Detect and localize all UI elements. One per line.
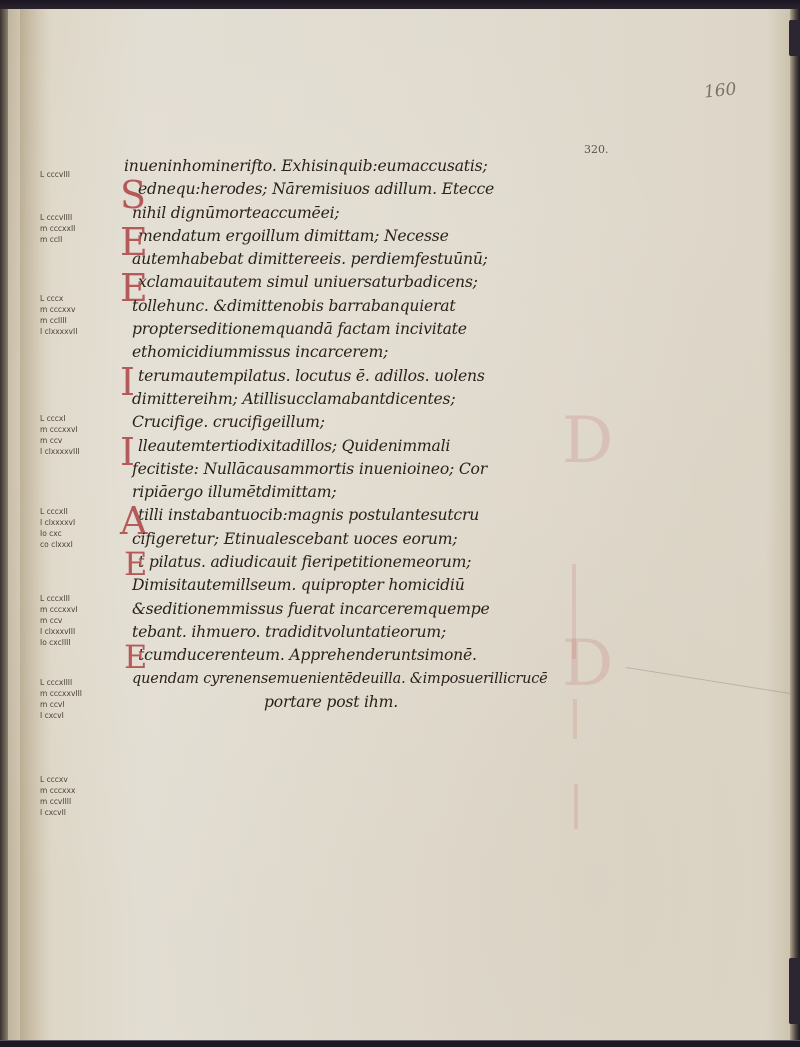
showthrough-stroke: [574, 784, 578, 829]
text-line: inueninhominerifto. Exhisinquib:eumaccus…: [124, 155, 604, 178]
text-line: Illeautemtertiodixitadillos; Quidenimmal…: [124, 435, 604, 458]
marginal-note-group: L cccvIIII m cccxxII m ccII: [40, 212, 75, 245]
marginal-entry: L cccxv: [40, 774, 75, 785]
binding-right-edge: [790, 9, 800, 1040]
marginal-entry: I clxxxvIII: [40, 626, 78, 637]
text-line: portare post ihm.: [124, 691, 604, 714]
text-line: Et pilatus. adiudicauit fieripetitioneme…: [124, 551, 604, 574]
parchment-crease: [626, 667, 794, 695]
marginal-entry: L cccxIII: [40, 593, 78, 604]
marginal-note-group: L cccvIII: [40, 169, 70, 180]
color-calibration-tab-top: [789, 20, 800, 56]
marginal-entry: I cxcvII: [40, 807, 75, 818]
marginal-note-group: L cccxIII m cccxxvI m ccv I clxxxvIII Io…: [40, 593, 78, 648]
binding-left-edge: [0, 9, 8, 1040]
color-calibration-tab-bottom: [789, 958, 800, 1024]
text-line: Atilli instabantuocib:magnis postulantes…: [124, 504, 604, 527]
marginal-entry: L cccxIIII: [40, 677, 82, 688]
text-line: quendam cyrenensemuenientēdeuilla. &impo…: [124, 668, 604, 691]
marginal-entry: I cxcvI: [40, 710, 82, 721]
text-line: tebant. ihmuero. tradiditvoluntatieorum;: [124, 621, 604, 644]
marginal-entry: Io cxc: [40, 528, 75, 539]
marginal-entry: m ccv: [40, 615, 78, 626]
marginal-note-group: L cccx m cccxxv m ccIIII I clxxxxvII: [40, 293, 77, 337]
marginal-note-group: L cccxIIII m cccxxvIII m ccvI I cxcvI: [40, 677, 82, 721]
text-line: Etcumducerenteum. Apprehenderuntsimonē.: [124, 644, 604, 667]
marginal-entry: I clxxxxvIII: [40, 446, 80, 457]
text-line: nihil dignūmorteaccumēei;: [124, 202, 604, 225]
marginal-entry: m ccv: [40, 435, 80, 446]
marginal-entry: L cccxII: [40, 506, 75, 517]
text-line: Iterumautempilatus. locutus ē. adillos. …: [124, 365, 604, 388]
marginal-entry: co clxxxI: [40, 539, 75, 550]
text-line: Emendatum ergoillum dimittam; Necesse: [124, 225, 604, 248]
text-line: ethomicidiummissus incarcerem;: [124, 341, 604, 364]
text-line: Sednequ:herodes; Nāremisiuos adillum. Et…: [124, 178, 604, 201]
text-line: propterseditionemquandā factam incivitat…: [124, 318, 604, 341]
text-line: dimittereihm; Atillisucclamabantdicentes…: [124, 388, 604, 411]
marginal-entry: m cccxxvIII: [40, 688, 82, 699]
text-line: &seditionemmissus fuerat incarceremquemp…: [124, 598, 604, 621]
marginal-entry: m cccxxII: [40, 223, 75, 234]
text-line: Dimisitautemillseum. quipropter homicidi…: [124, 574, 604, 597]
text-line: cifigeretur; Etinualescebant uoces eorum…: [124, 528, 604, 551]
marginal-entry: m cccxxx: [40, 785, 75, 796]
marginal-entry: L cccvIIII: [40, 212, 75, 223]
marginal-entry: L cccvIII: [40, 169, 70, 180]
marginal-entry: m ccvI: [40, 699, 82, 710]
marginal-entry: I clxxxxvII: [40, 326, 77, 337]
folio-number: 160: [703, 79, 737, 102]
marginal-note-group: L cccxI m cccxxvI m ccv I clxxxxvIII: [40, 413, 80, 457]
marginal-entry: m cccxxvI: [40, 424, 80, 435]
marginal-entry: L cccx: [40, 293, 77, 304]
text-line: tollehunc. &dimittenobis barrabanquierat: [124, 295, 604, 318]
binding-bottom-edge: [0, 1040, 800, 1047]
text-line: Exclamauitautem simul uniuersaturbadicen…: [124, 271, 604, 294]
marginal-entry: m ccII: [40, 234, 75, 245]
text-line: Crucifige. crucifigeillum;: [124, 411, 604, 434]
text-line: ripiāergo illumētdimittam;: [124, 481, 604, 504]
marginal-note-group: L cccxII I clxxxxvI Io cxc co clxxxI: [40, 506, 75, 550]
manuscript-page: D D 160 320. L cccvIII L cccvIIII m cccx…: [6, 9, 794, 1040]
marginal-entry: I clxxxxvI: [40, 517, 75, 528]
marginal-entry: m ccIIII: [40, 315, 77, 326]
text-line: fecitiste: Nullācausammortis inuenioineo…: [124, 458, 604, 481]
text-line: autemhabebat dimittereeis. perdiemfestuū…: [124, 248, 604, 271]
marginal-note-group: L cccxv m cccxxx m ccvIIII I cxcvII: [40, 774, 75, 818]
marginal-entry: m ccvIIII: [40, 796, 75, 807]
main-text-column: inueninhominerifto. Exhisinquib:eumaccus…: [124, 155, 604, 714]
marginal-entry: m cccxxv: [40, 304, 77, 315]
marginal-entry: m cccxxvI: [40, 604, 78, 615]
marginal-entry: L cccxI: [40, 413, 80, 424]
marginal-entry: Io cxcIIII: [40, 637, 78, 648]
